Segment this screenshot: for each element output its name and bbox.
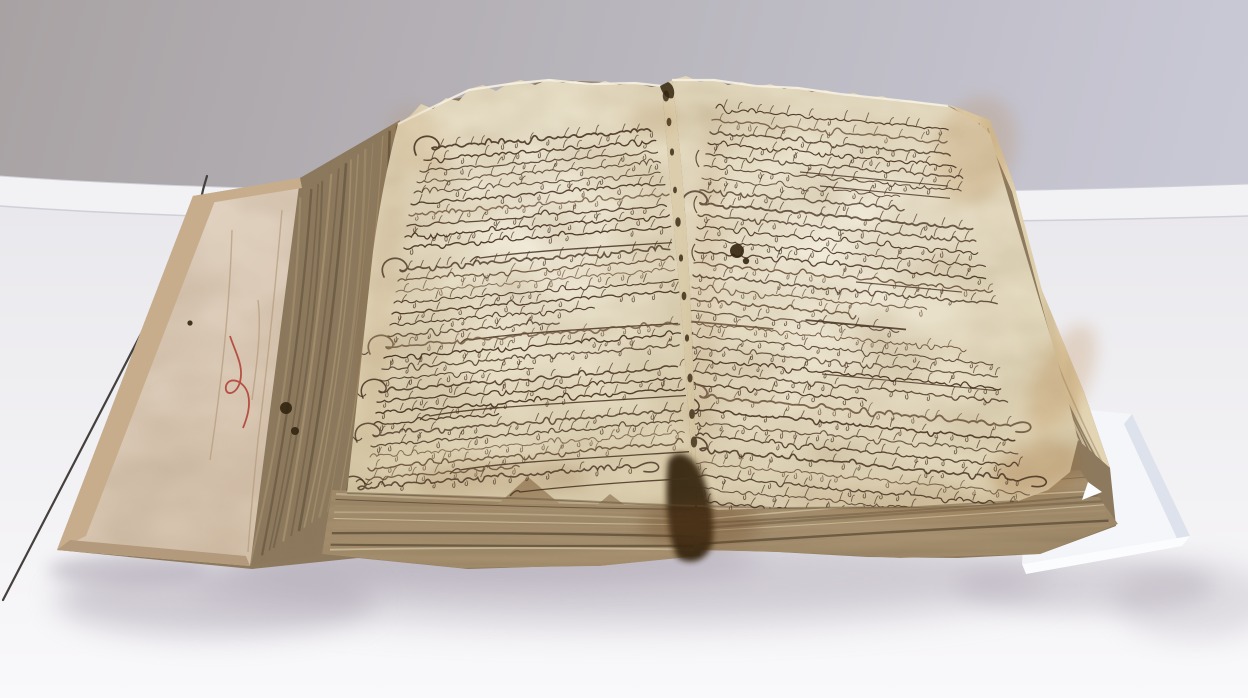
worm-hole: [675, 217, 680, 227]
ink-blot: [187, 320, 192, 325]
age-stain: [624, 104, 680, 136]
ink-blot: [291, 427, 299, 435]
photo-stage: [0, 0, 1248, 698]
page-edge-streak: [331, 545, 694, 546]
worm-hole: [679, 254, 683, 261]
ink-blot: [280, 402, 292, 414]
worm-hole: [685, 334, 689, 341]
worm-hole: [673, 187, 677, 194]
age-stain: [640, 502, 760, 546]
manuscript-photo: [0, 0, 1248, 698]
worm-hole: [670, 148, 674, 155]
ink-blot: [743, 258, 749, 264]
ink-blot: [730, 244, 744, 258]
worm-hole: [687, 374, 692, 383]
worm-hole: [682, 292, 687, 300]
